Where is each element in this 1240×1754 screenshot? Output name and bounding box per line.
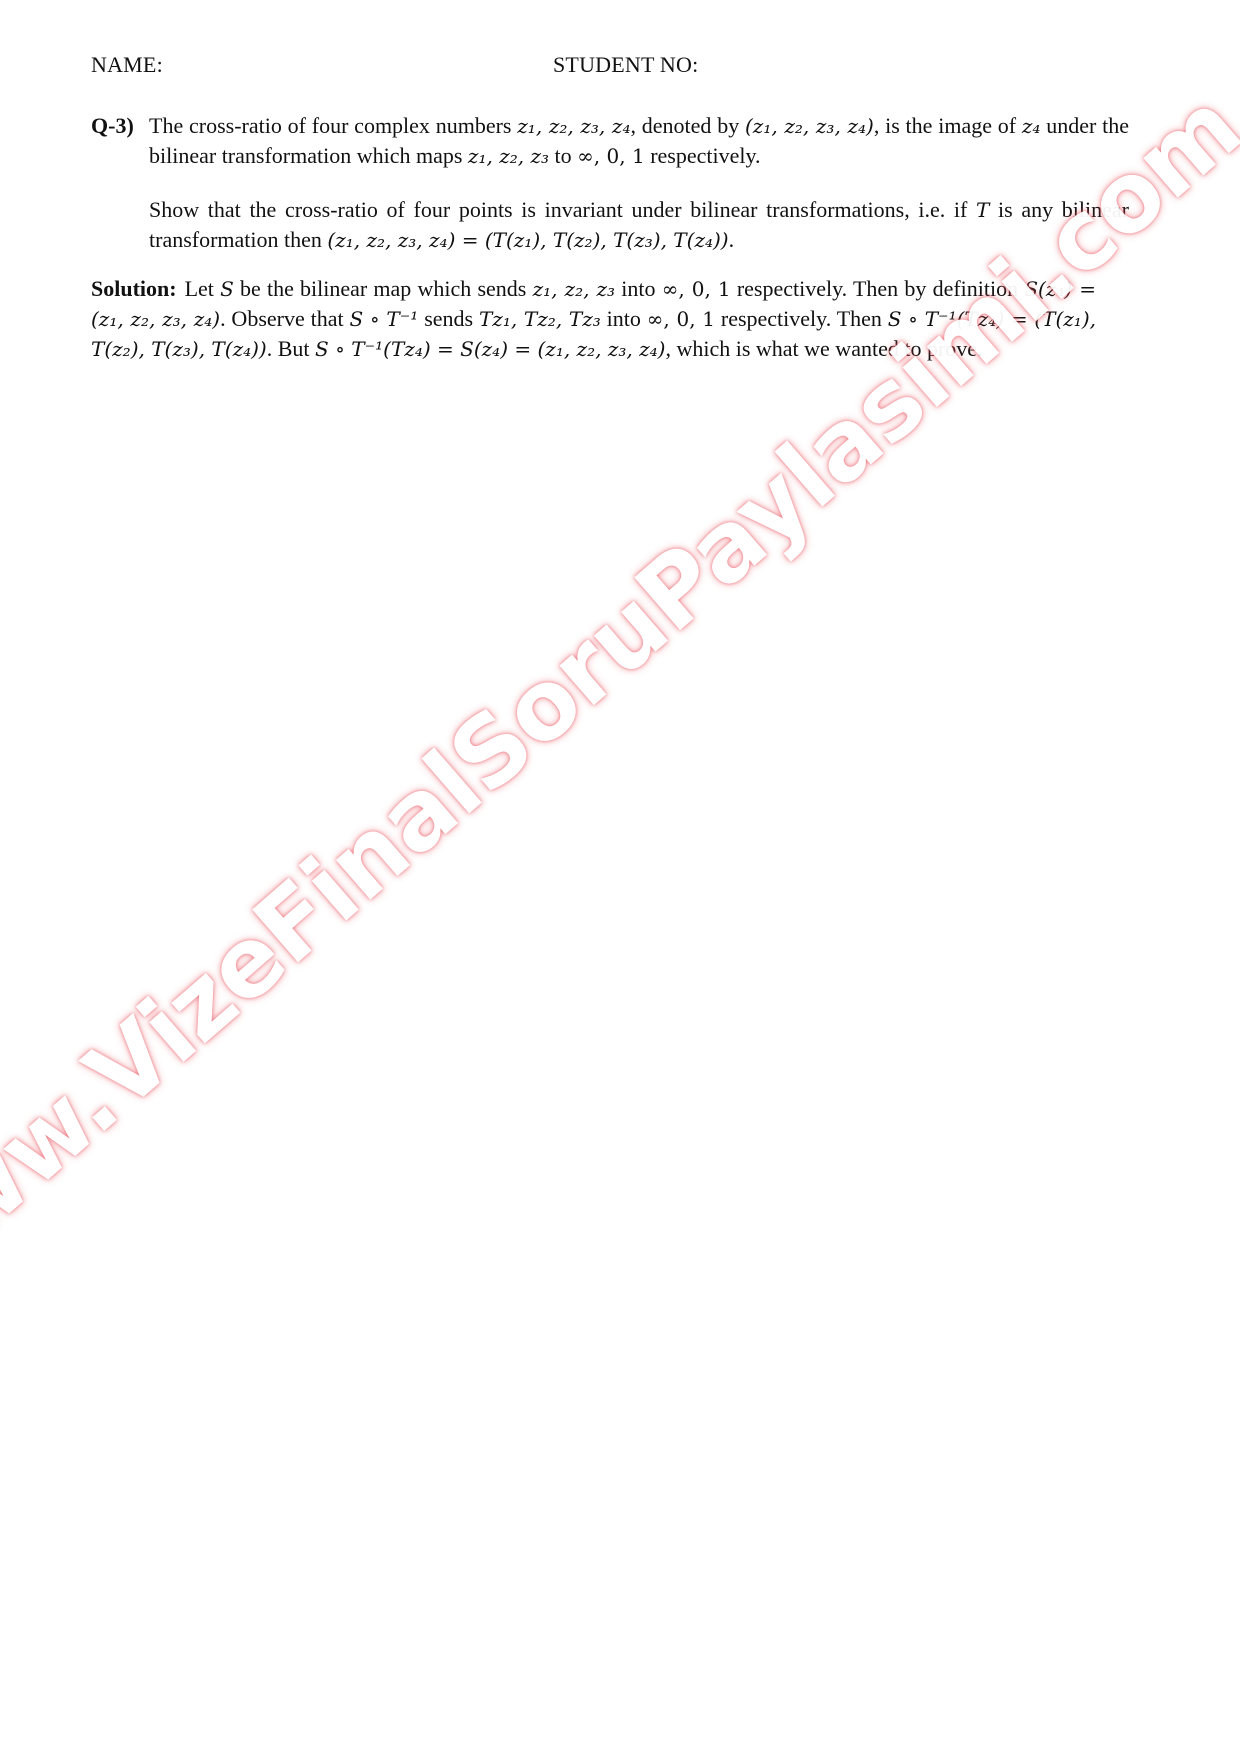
text: be the bilinear map which sends: [234, 276, 533, 301]
math-expression: z₁, z₂, z₃: [468, 144, 549, 168]
math-expression: S: [220, 277, 234, 301]
text: respectively. Then by definition: [731, 276, 1025, 301]
text: , which is what we wanted to prove.: [665, 336, 982, 361]
text: . But: [267, 336, 315, 361]
math-expression: (z₁, z₂, z₃, z₄): [745, 114, 874, 138]
text: into: [615, 276, 662, 301]
question-paragraph-2: Show that the cross-ratio of four points…: [149, 195, 1129, 255]
text: The cross-ratio of four complex numbers: [149, 113, 517, 138]
math-expression: S ∘ T⁻¹(Tz₄) = S(z₄) = (z₁, z₂, z₃, z₄): [315, 337, 665, 361]
text: .: [729, 227, 735, 252]
text: , is the image of: [874, 113, 1022, 138]
text: respectively.: [645, 143, 761, 168]
math-expression: Tz₁, Tz₂, Tz₃: [479, 307, 601, 331]
solution-block: Solution:Let S be the bilinear map which…: [91, 274, 1096, 364]
name-label: NAME:: [91, 52, 163, 78]
text: respectively. Then: [715, 306, 888, 331]
math-expression: ∞, 0, 1: [577, 144, 645, 168]
watermark: www.VizeFinalSoruPaylasimi.com: [0, 71, 1240, 1324]
text: to: [549, 143, 577, 168]
question-number: Q-3): [91, 111, 134, 141]
math-expression: z₁, z₂, z₃, z₄: [517, 114, 630, 138]
math-expression: T: [976, 198, 989, 222]
math-expression: ∞, 0, 1: [647, 307, 715, 331]
math-expression: z₁, z₂, z₃: [533, 277, 616, 301]
math-expression: S ∘ T⁻¹: [349, 307, 418, 331]
text: sends: [418, 306, 479, 331]
question-paragraph-1: The cross-ratio of four complex numbers …: [149, 111, 1129, 171]
text: Show that the cross-ratio of four points…: [149, 197, 976, 222]
text: into: [601, 306, 647, 331]
solution-paragraph: Solution:Let S be the bilinear map which…: [91, 274, 1096, 364]
text: , denoted by: [630, 113, 745, 138]
question-body: The cross-ratio of four complex numbers …: [149, 111, 1129, 255]
math-expression: ∞, 0, 1: [662, 277, 731, 301]
text: . Observe that: [220, 306, 349, 331]
question-block: Q-3) The cross-ratio of four complex num…: [91, 111, 1131, 255]
solution-label: Solution:: [91, 276, 177, 301]
exam-page: NAME: STUDENT NO: Q-3) The cross-ratio o…: [0, 0, 1240, 1754]
math-expression: (z₁, z₂, z₃, z₄) = (T(z₁), T(z₂), T(z₃),…: [327, 228, 728, 252]
student-no-label: STUDENT NO:: [553, 52, 698, 78]
text: Let: [185, 276, 221, 301]
math-expression: z₄: [1022, 114, 1041, 138]
